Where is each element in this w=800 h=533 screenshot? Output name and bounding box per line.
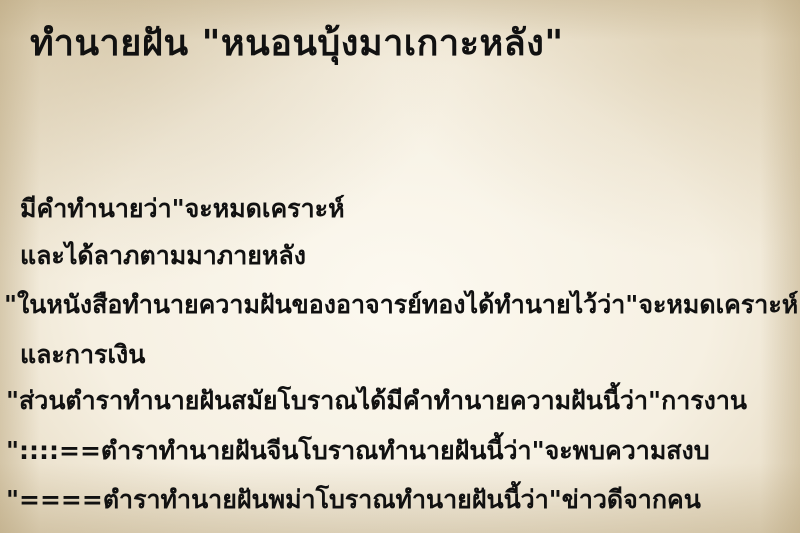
interpretation-line-1: มีคำทำนายว่า"จะหมดเคราะห์ <box>20 196 345 221</box>
page-title: ทำนายฝัน "หนอนบุ้งมาเกาะหลัง" <box>30 14 564 71</box>
interpretation-line-2: และได้ลาภตามมาภายหลัง <box>20 243 306 268</box>
interpretation-line-3: "ในหนังสือทำนายความฝันของอาจารย์ทองได้ทำ… <box>4 292 798 317</box>
interpretation-line-6: "::::==ตำราทำนายฝันจีนโบราณทำนายฝันนี้ว่… <box>6 438 710 463</box>
interpretation-line-7: "====ตำราทำนายฝันพม่าโบราณทำนายฝันนี้ว่า… <box>6 487 701 512</box>
paper-texture-right <box>760 0 800 533</box>
interpretation-line-4: และการเงิน <box>20 342 145 367</box>
interpretation-line-5: "ส่วนตำราทำนายฝันสมัยโบราณได้มีคำทำนายคว… <box>6 388 747 413</box>
